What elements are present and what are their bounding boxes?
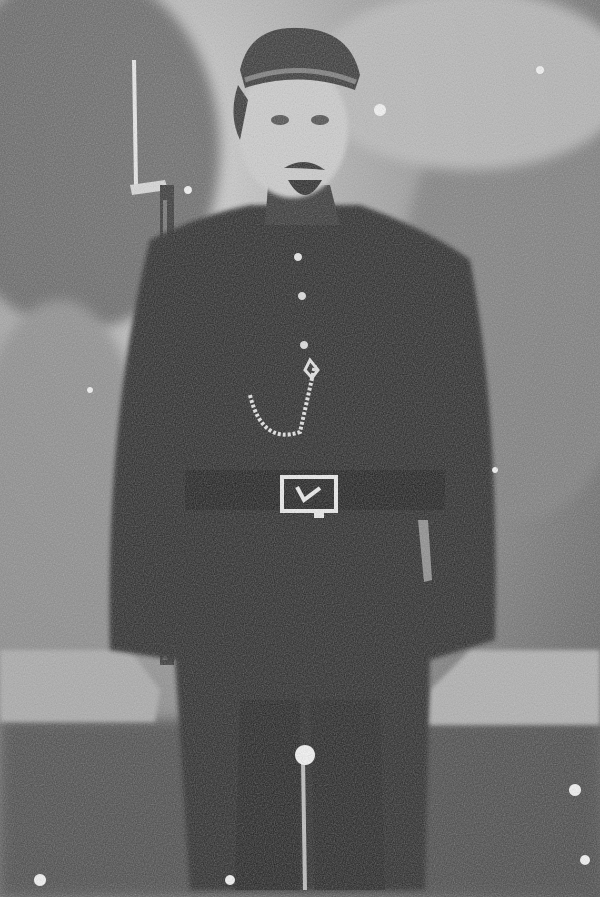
film-grain bbox=[0, 0, 600, 897]
photo-illustration bbox=[0, 0, 600, 897]
vintage-soldier-photograph: Antique black-and-white portrait of a st… bbox=[0, 0, 600, 897]
